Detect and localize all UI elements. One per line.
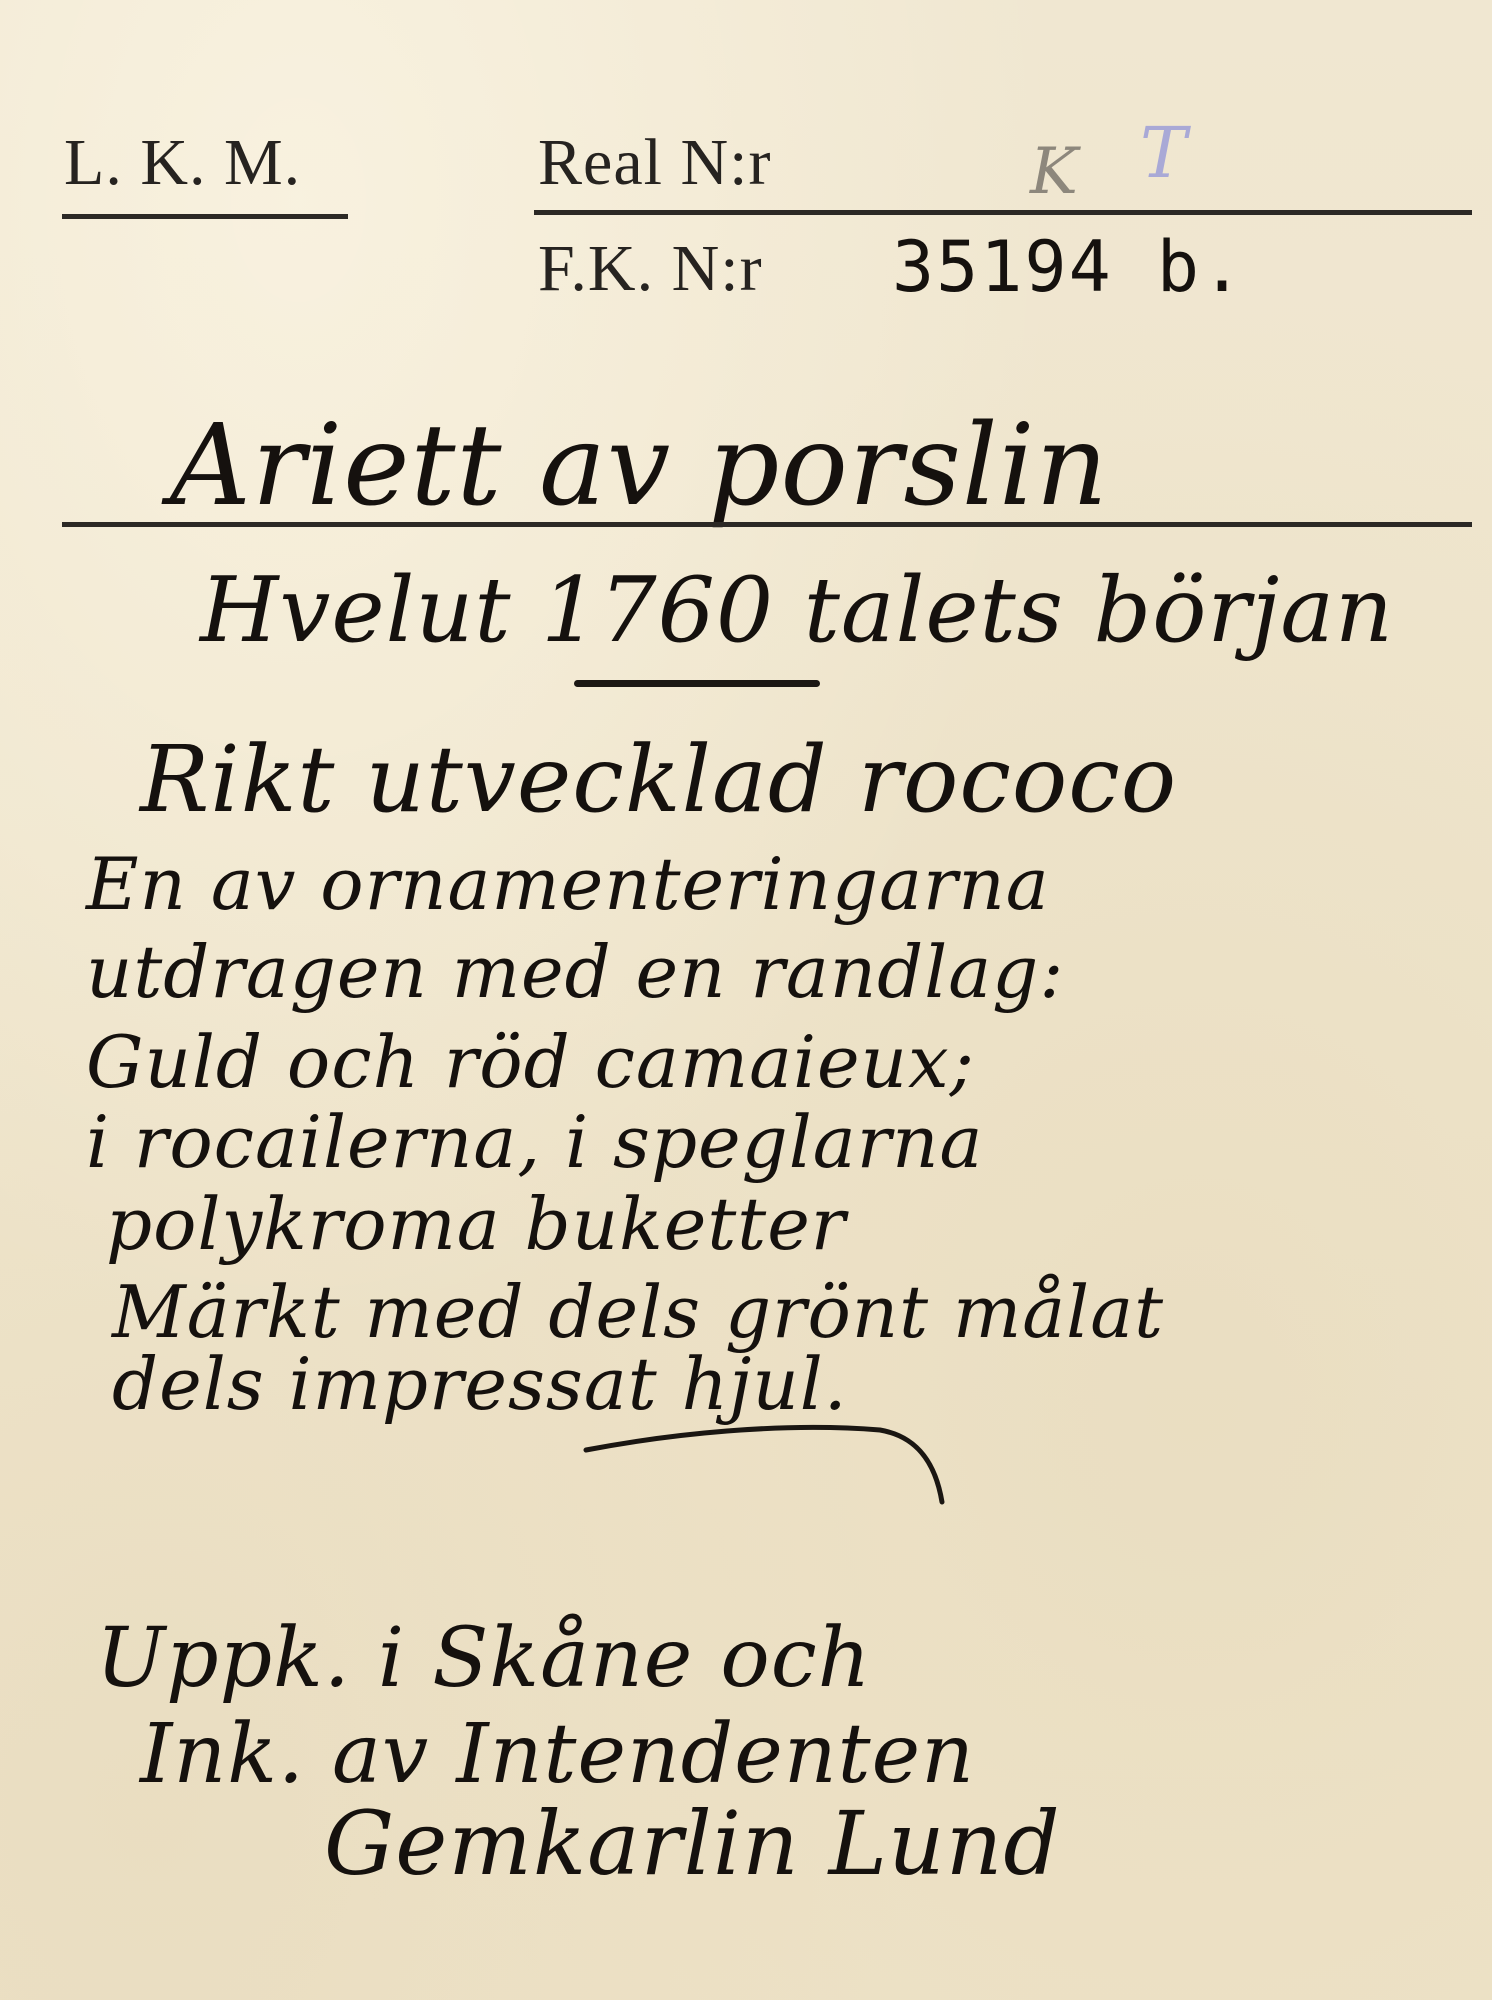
description-line-7: Märkt med dels grönt målat	[112, 1276, 1164, 1348]
real-nr-rule	[534, 210, 1472, 215]
fk-nr-label: F.K. N:r	[538, 236, 763, 302]
description-line-5: i rocailerna, i speglarna	[86, 1106, 983, 1178]
catalog-card: L. K. M. Real N:r K T F.K. N:r 35194 b. …	[0, 0, 1492, 2000]
real-nr-label: Real N:r	[538, 130, 771, 196]
object-dating: Hvelut 1760 talets början	[200, 566, 1394, 656]
provenance-line-1: Uppk. i Skåne och	[96, 1618, 871, 1700]
provenance-signature: Gemkarlin Lund	[324, 1800, 1061, 1888]
provenance-line-2: Ink. av Intendenten	[140, 1714, 975, 1796]
description-line-3: utdragen med en randlag:	[86, 936, 1065, 1008]
fk-nr-value: 35194 b.	[892, 232, 1245, 302]
description-line-4: Guld och röd camaieux;	[86, 1026, 975, 1098]
description-line-8: dels impressat hjul.	[112, 1348, 848, 1420]
object-title: Ariett av porslin	[170, 410, 1109, 522]
institution-underline	[62, 214, 348, 219]
real-nr-pencil-mark: K	[1030, 140, 1078, 204]
description-line-6: polykroma buketter	[106, 1188, 846, 1260]
description-line-2: En av ornamenteringarna	[86, 848, 1050, 920]
flourish-divider	[580, 1420, 960, 1510]
institution-label: L. K. M.	[64, 130, 301, 196]
description-line-1: Rikt utvecklad rococo	[140, 734, 1177, 826]
dating-dash	[574, 680, 820, 687]
title-rule	[62, 522, 1472, 527]
real-nr-blue-mark: T	[1140, 118, 1187, 188]
